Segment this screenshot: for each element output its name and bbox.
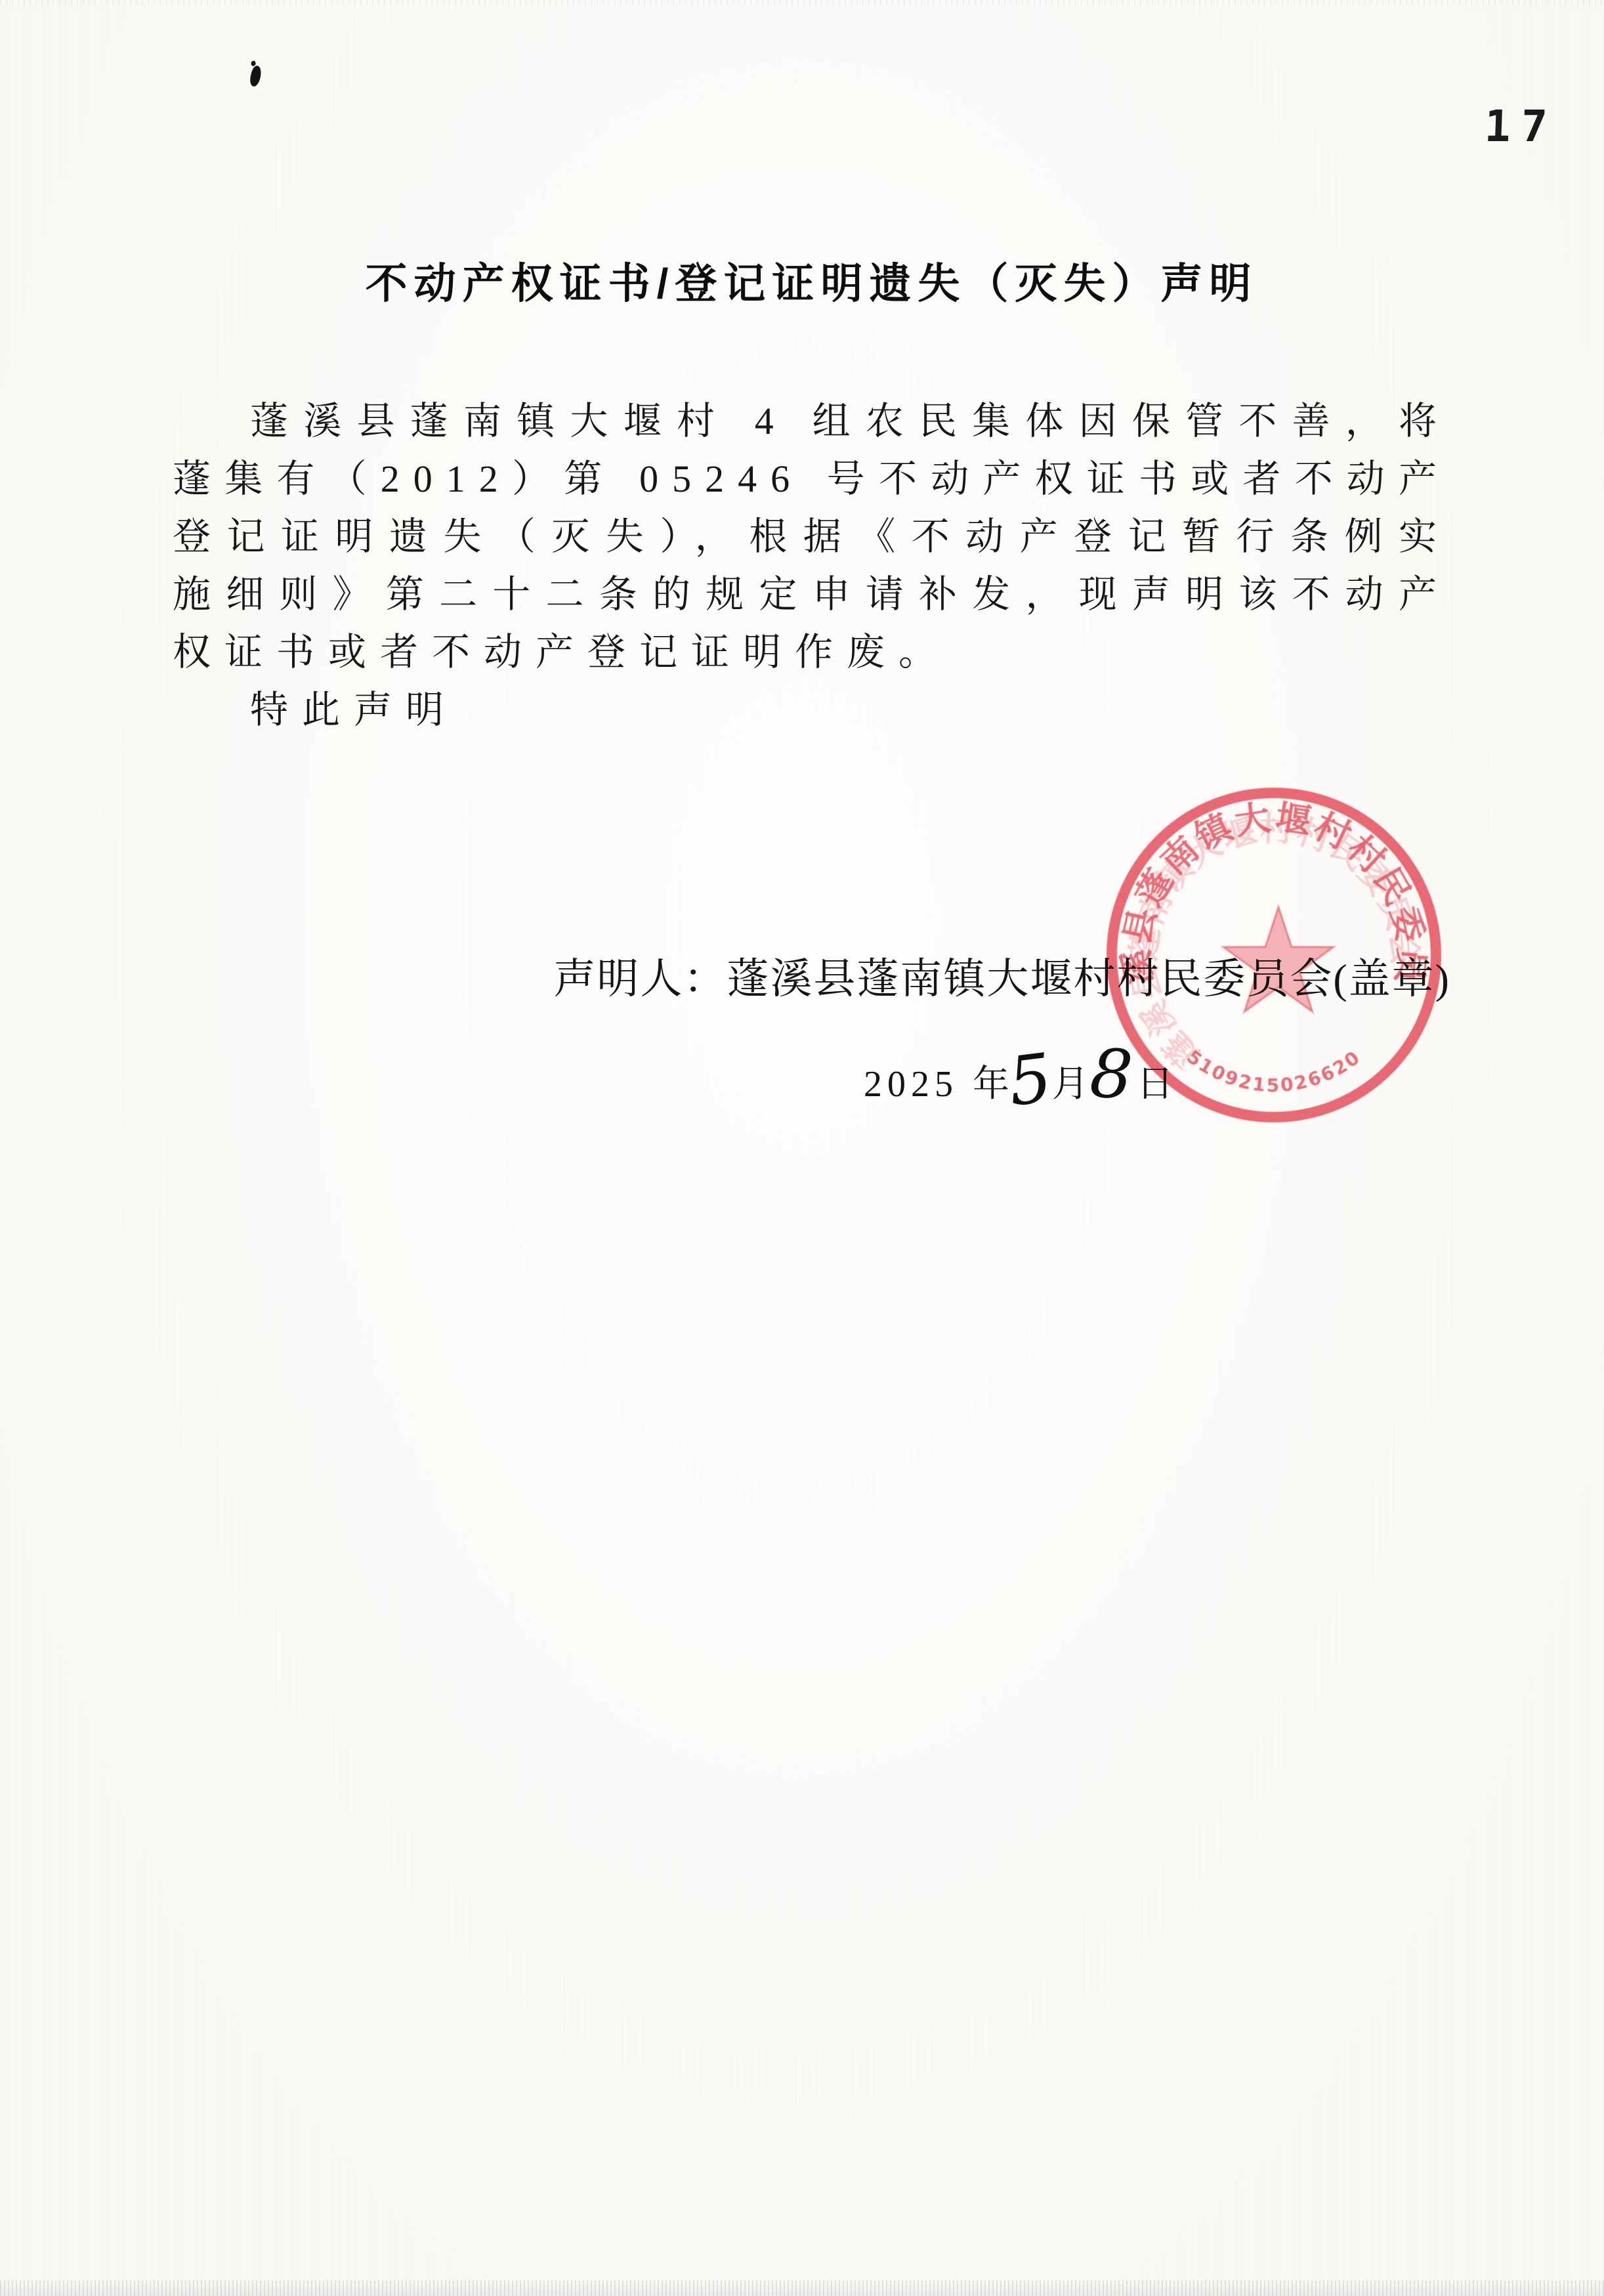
ink-speck bbox=[248, 65, 263, 88]
body-line: 登记证明遗失（灭失），根据《不动产登记暂行条例实 bbox=[173, 508, 1450, 566]
body-line: 权证书或者不动产登记证明作废。 bbox=[173, 624, 1450, 681]
body-line: 蓬集有（2012）第 05246 号不动产权证书或者不动产 bbox=[173, 450, 1450, 508]
scan-noise-bottom bbox=[0, 2280, 1604, 2296]
body-line: 蓬溪县蓬南镇大堰村 4 组农民集体因保管不善，将 bbox=[173, 393, 1450, 450]
closing-line: 特此声明 bbox=[173, 681, 1450, 739]
page-number: 17 bbox=[1484, 105, 1559, 148]
stamp-code-text: 5109215026620 bbox=[1183, 1046, 1365, 1096]
stamp-star bbox=[1223, 907, 1333, 1011]
body-line: 施细则》第二十二条的规定申请补发，现声明该不动产 bbox=[173, 566, 1450, 624]
scan-noise-top bbox=[0, 0, 1604, 6]
official-stamp: 蓬溪县蓬南镇大堰村村民委员会 蓬溪县蓬南镇大堰村村民委员会 5109215026… bbox=[1090, 771, 1458, 1139]
document-title: 不动产权证书/登记证明遗失（灭失）声明 bbox=[173, 257, 1450, 310]
scanned-document-page: 17 不动产权证书/登记证明遗失（灭失）声明 蓬溪县蓬南镇大堰村 4 组农民集体… bbox=[0, 0, 1604, 2296]
handwritten-month-digit: 5 bbox=[1009, 1077, 1056, 1083]
date-year: 2025 年 bbox=[864, 1064, 1015, 1105]
body-paragraph: 蓬溪县蓬南镇大堰村 4 组农民集体因保管不善，将 蓬集有（2012）第 0524… bbox=[173, 393, 1450, 739]
